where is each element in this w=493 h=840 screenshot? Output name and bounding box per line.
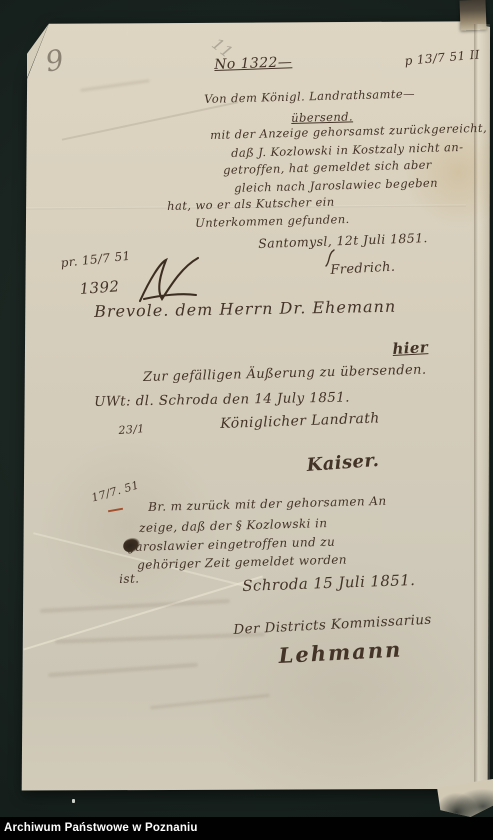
- page-edge-strip: [478, 24, 490, 788]
- paraph-mark-icon: [138, 255, 202, 305]
- address-place: hier: [392, 338, 429, 358]
- archive-caption: Archiwum Państwowe w Poznaniu: [4, 822, 198, 834]
- margin-number: 23/1: [118, 422, 145, 437]
- report-line: übersend.: [291, 109, 353, 125]
- journal-number: 1392: [79, 277, 120, 298]
- archive-scan-background: 9 11 No 1322— p 13/7 51 II Von dem König…: [0, 0, 493, 840]
- signature-flourish-icon: [320, 248, 340, 268]
- registry-number: No 1322—: [214, 54, 292, 73]
- paper-speck: [72, 799, 75, 803]
- caption-bar: Archiwum Państwowe w Poznaniu: [0, 817, 493, 840]
- reply-line: ist.: [119, 571, 140, 586]
